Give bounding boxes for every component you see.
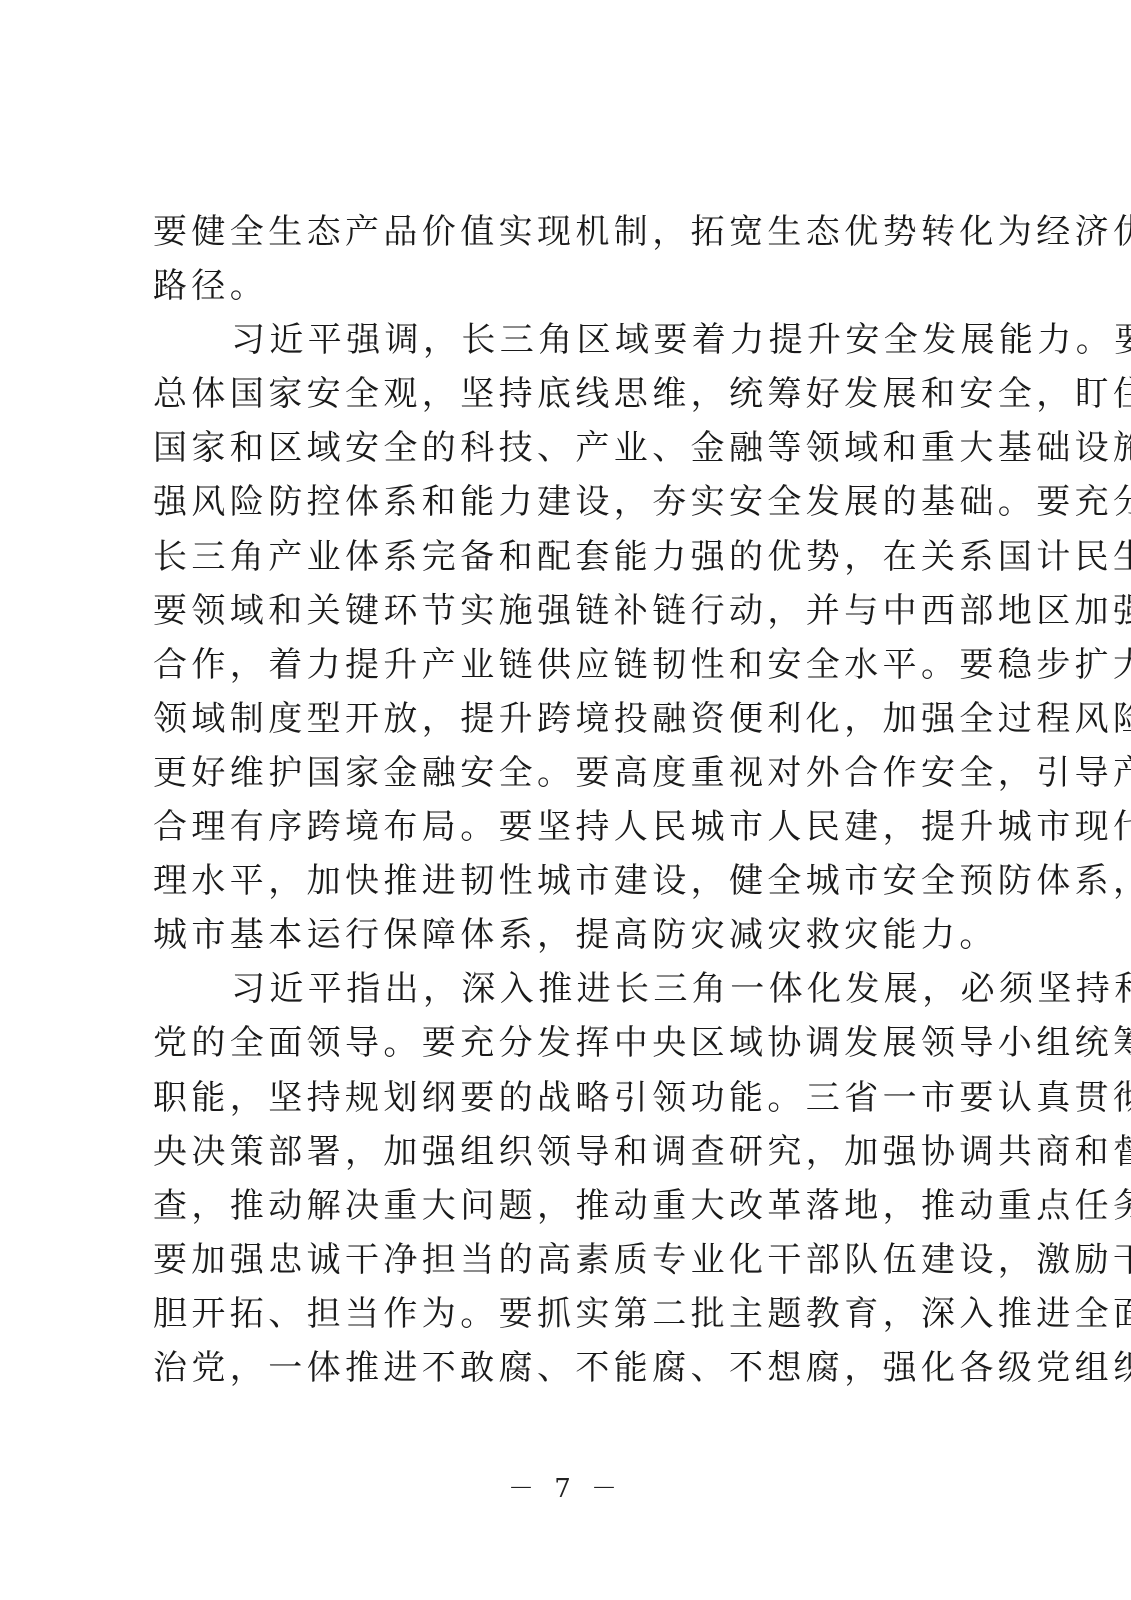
text-line: 治党，一体推进不敢腐、不能腐、不想腐，强化各级党组织的政 bbox=[153, 1341, 973, 1395]
text-line: 要加强忠诚干净担当的高素质专业化干部队伍建设，激励干部大 bbox=[153, 1233, 973, 1287]
text-line: 理水平，加快推进韧性城市建设，健全城市安全预防体系，强化 bbox=[153, 854, 973, 908]
text-line: 职能，坚持规划纲要的战略引领功能。三省一市要认真贯彻党中 bbox=[153, 1071, 973, 1125]
text-line: 胆开拓、担当作为。要抓实第二批主题教育，深入推进全面从严 bbox=[153, 1287, 973, 1341]
text-line: 合理有序跨境布局。要坚持人民城市人民建，提升城市现代化治 bbox=[153, 800, 973, 854]
page-number: － 7 － bbox=[0, 1468, 1131, 1505]
text-line: 强风险防控体系和能力建设，夯实安全发展的基础。要充分发挥 bbox=[153, 475, 973, 529]
text-line: 领域制度型开放，提升跨境投融资便利化，加强全过程风险防控， bbox=[153, 692, 973, 746]
text-line: 国家和区域安全的科技、产业、金融等领域和重大基础设施，加 bbox=[153, 421, 973, 475]
text-line: 更好维护国家金融安全。要高度重视对外合作安全，引导产业链 bbox=[153, 746, 973, 800]
paragraph-start-line: 习近平指出，深入推进长三角一体化发展，必须坚持和加强 bbox=[153, 962, 973, 1016]
document-page: 要健全生态产品价值实现机制，拓宽生态优势转化为经济优势的 路径。 习近平强调，长… bbox=[0, 0, 1131, 1600]
paragraph-start-line: 习近平强调，长三角区域要着力提升安全发展能力。要贯彻 bbox=[153, 313, 973, 367]
text-line: 党的全面领导。要充分发挥中央区域协调发展领导小组统筹协调 bbox=[153, 1016, 973, 1070]
text-line: 路径。 bbox=[153, 259, 973, 313]
text-line: 查，推动解决重大问题，推动重大改革落地，推动重点任务落实。 bbox=[153, 1179, 973, 1233]
text-line: 长三角产业体系完备和配套能力强的优势，在关系国计民生的重 bbox=[153, 530, 973, 584]
text-line: 要健全生态产品价值实现机制，拓宽生态优势转化为经济优势的 bbox=[153, 205, 973, 259]
text-line: 要领域和关键环节实施强链补链行动，并与中西部地区加强产业 bbox=[153, 584, 973, 638]
text-line: 城市基本运行保障体系，提高防灾减灾救灾能力。 bbox=[153, 908, 973, 962]
body-text: 要健全生态产品价值实现机制，拓宽生态优势转化为经济优势的 路径。 习近平强调，长… bbox=[153, 205, 973, 1395]
text-line: 合作，着力提升产业链供应链韧性和安全水平。要稳步扩大金融 bbox=[153, 638, 973, 692]
text-line: 总体国家安全观，坚持底线思维，统筹好发展和安全，盯住关系 bbox=[153, 367, 973, 421]
text-line: 央决策部署，加强组织领导和调查研究，加强协调共商和督促检 bbox=[153, 1125, 973, 1179]
